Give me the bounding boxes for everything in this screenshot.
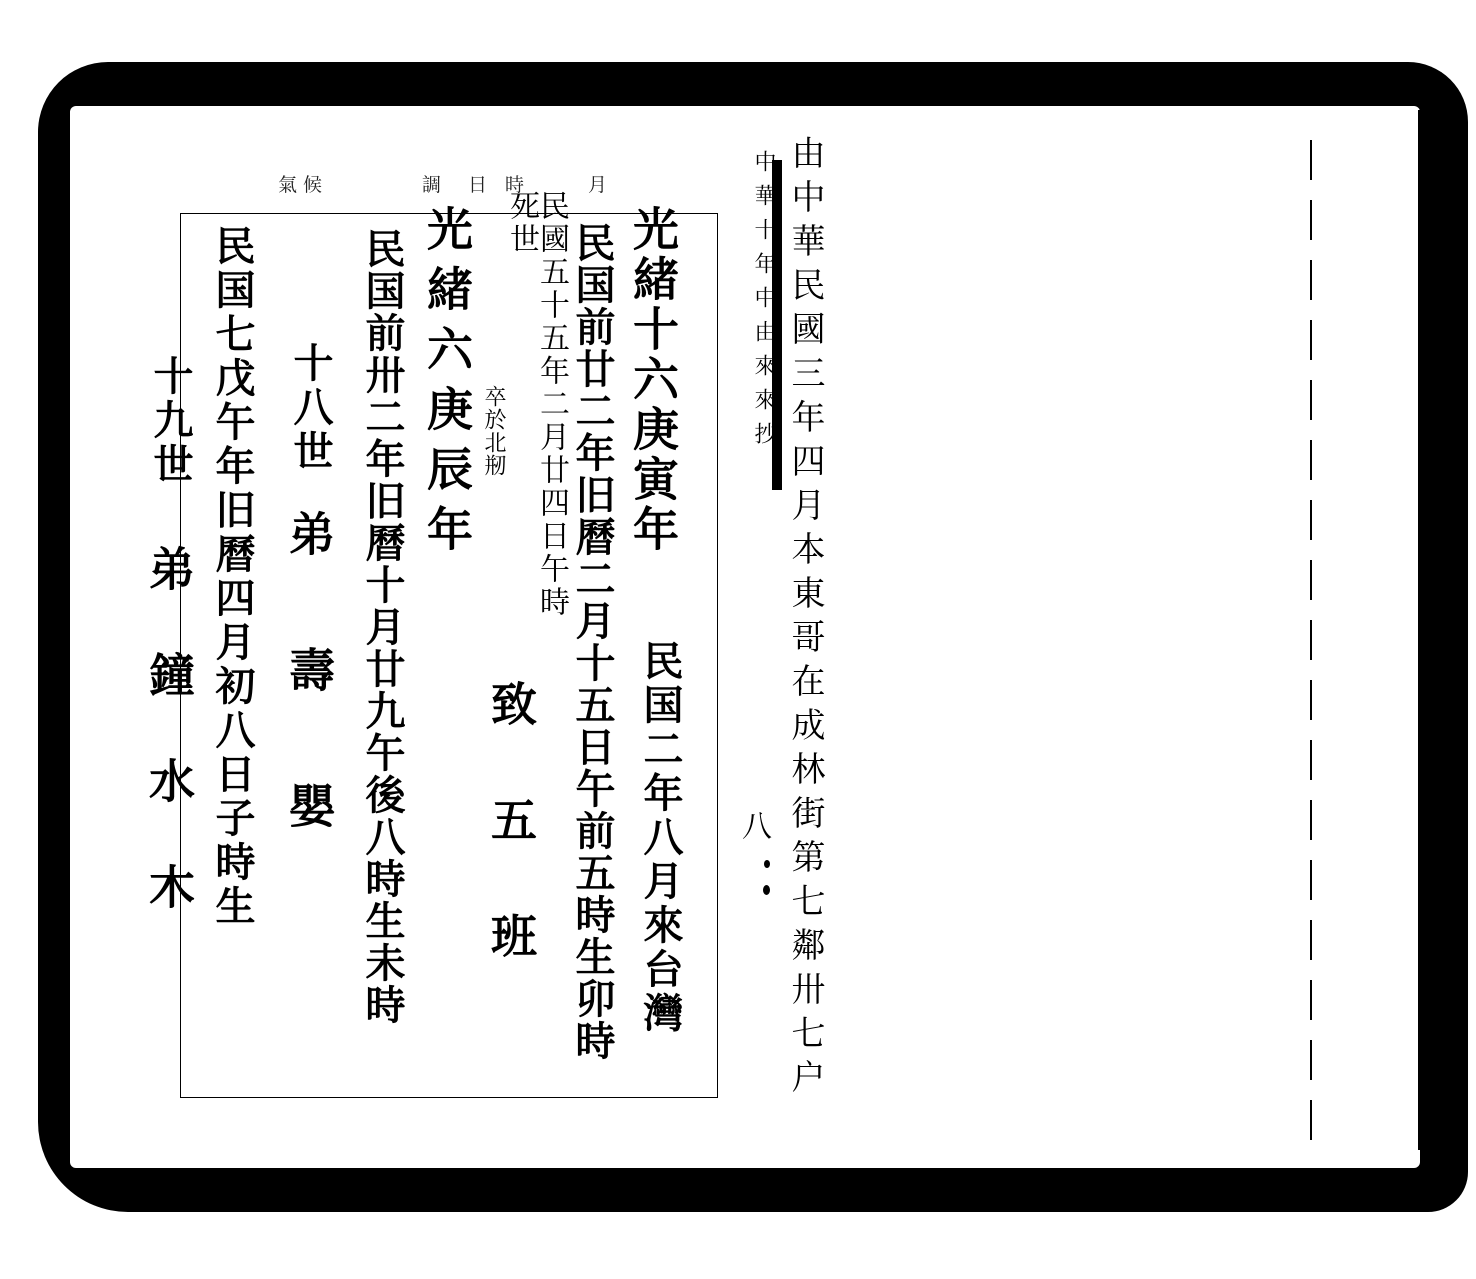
gen17-name: 致五班	[488, 680, 534, 1080]
header-month: 月	[588, 170, 613, 197]
ink-dot	[764, 860, 770, 868]
margin-mark: 八	[738, 810, 768, 841]
page-ruled-line	[1310, 140, 1312, 1160]
gen17-birth-roc: 民国前廿二年旧曆二月十五日午前五時生卯時	[572, 222, 612, 1162]
header-adjust: 調	[422, 170, 447, 197]
header-climate: 氣候	[278, 170, 328, 197]
gen18-generation: 十八世	[290, 342, 330, 502]
registration-column: 由中華民國三年四月本東哥在成林街第七鄰卅七户	[788, 135, 822, 1115]
gen17-arrival: 民国二年八月來台灣	[640, 640, 680, 1110]
gen18-name: 弟壽嬰	[286, 510, 332, 1010]
gen19-name: 弟鐘水木	[146, 545, 192, 1005]
struck-note-column: 中華十年中由來來抄	[752, 150, 774, 510]
gen19-birth: 民国七戊午年旧曆四月初八日子時生	[212, 225, 252, 1165]
ink-dot	[763, 885, 770, 895]
gen17-birth-qing: 光緒十六庚寅年	[630, 205, 676, 655]
gen19-generation: 十九世	[150, 355, 190, 535]
page-edge-line	[1418, 110, 1421, 1150]
gen18-birth-roc: 民国前卅二年旧曆十月廿九午後八時生未時	[362, 228, 402, 1168]
gen18-birth-qing: 光緒六庚辰年	[424, 205, 470, 625]
gen17-death-note: 卒於北剏	[482, 385, 504, 535]
gen17-death: 民國五十五年二月廿四日午時死世	[506, 190, 566, 650]
